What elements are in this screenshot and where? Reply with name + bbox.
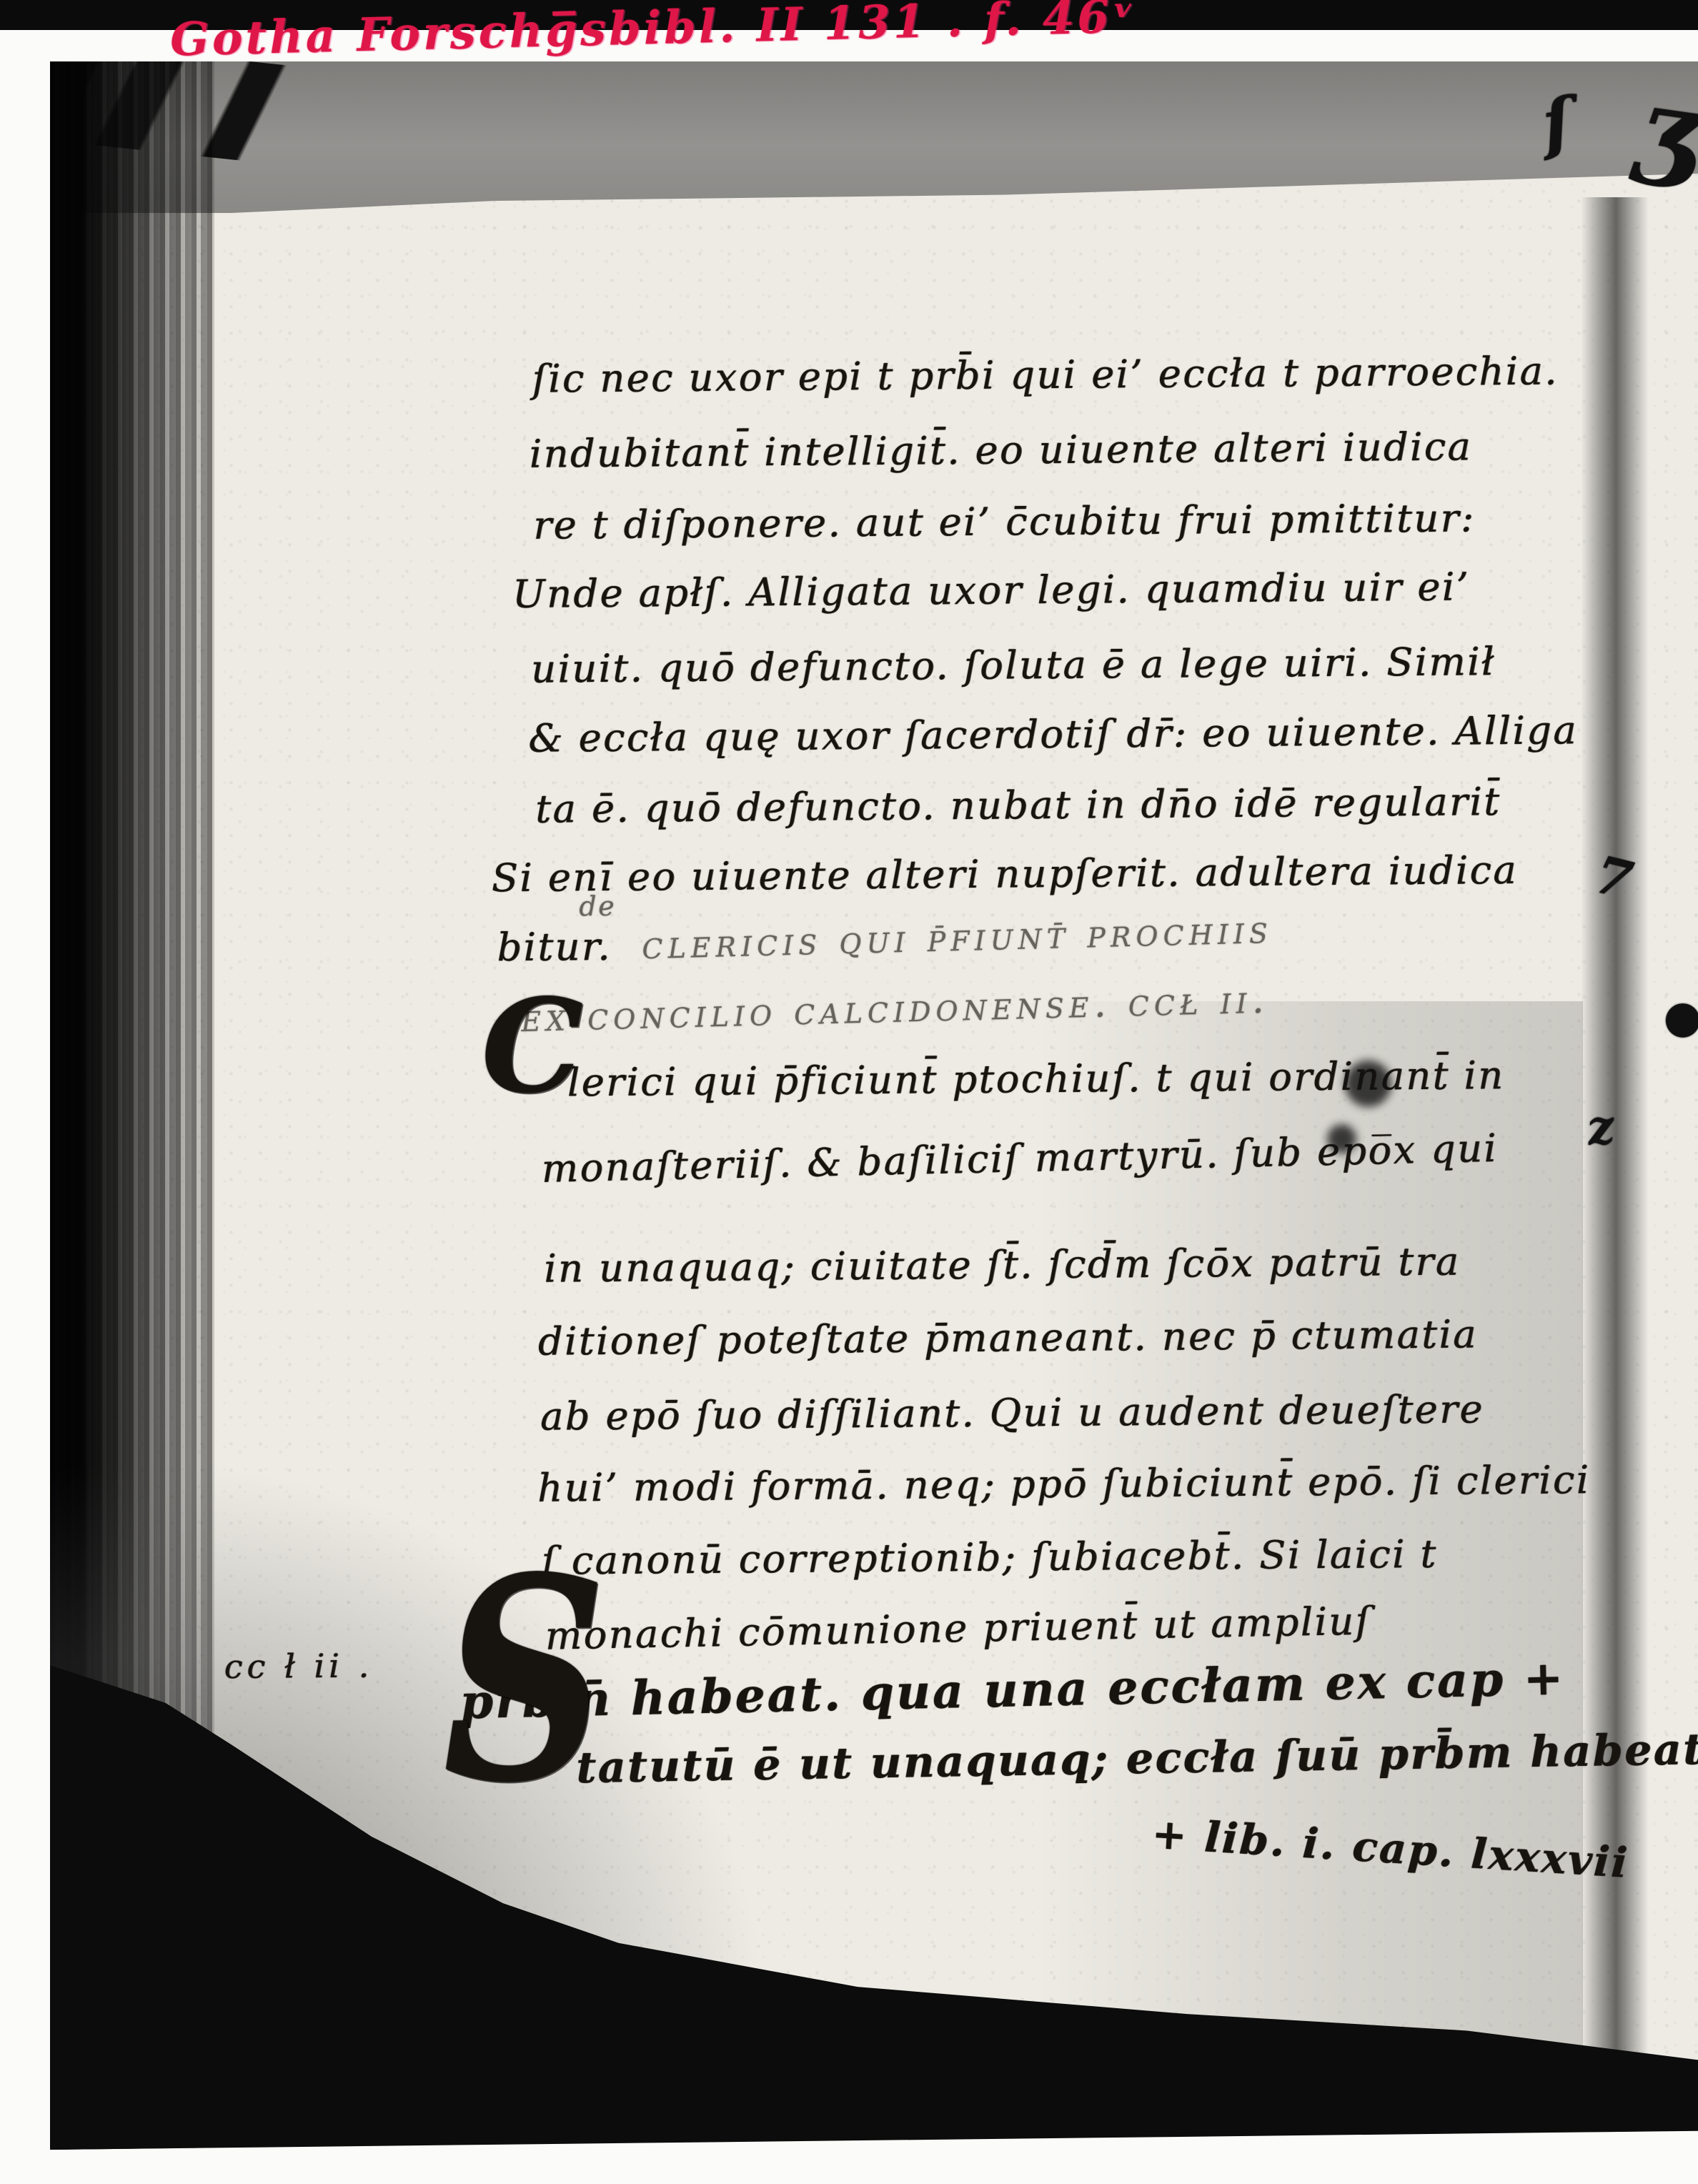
stray-ink-mark: ● [1342, 1043, 1394, 1113]
stray-ink-mark: 7 [1589, 843, 1638, 911]
stray-ink-mark: z [1585, 1098, 1617, 1156]
stray-ink-mark: ● [1326, 1114, 1358, 1158]
stray-ink-mark: ſ [1538, 83, 1577, 163]
scanned-page: Gotha Forschg̅sbibl. II 131 . f. 46ᵛ ſic… [0, 0, 1698, 2184]
stray-ink-mark: ʒ [1630, 62, 1698, 195]
manuscript-photo: ſic nec uxor epi t prb̄i qui ei’ eccła t… [50, 61, 1698, 2150]
stray-ink-mark: ● [1664, 991, 1698, 1043]
shelfmark-annotation: Gotha Forschg̅sbibl. II 131 . f. 46ᵛ [169, 0, 1138, 67]
